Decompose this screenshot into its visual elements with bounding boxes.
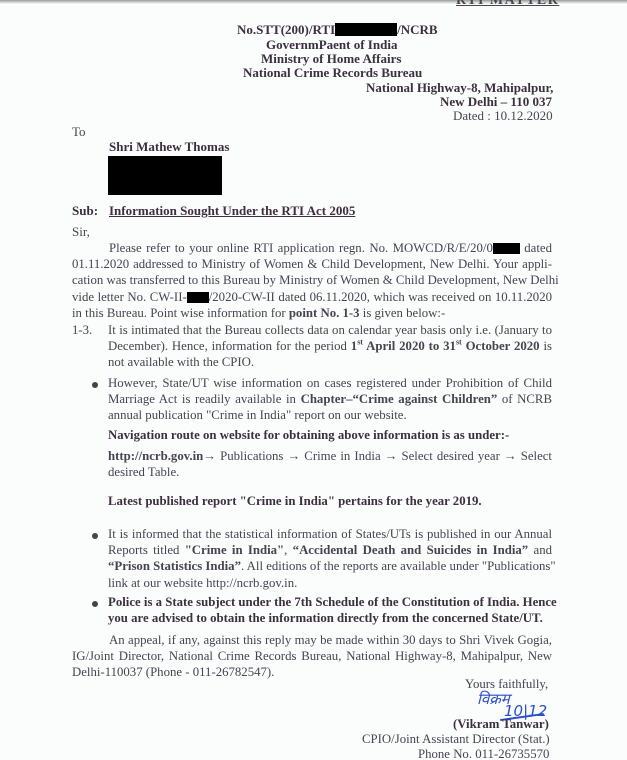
letter-date: Dated : 10.12.2020 [453,108,553,124]
redaction-block [187,292,209,303]
intro-line-4: vide letter No. CW-II-/2020-CW-II dated … [72,289,552,305]
salutation: Sir, [72,224,90,240]
subject-label: Sub: [72,203,98,219]
org-bureau: National Crime Records Bureau [243,65,422,81]
navigation-heading: Navigation route on website for obtainin… [108,427,509,443]
redaction-block [493,243,520,254]
intro-line-1: Please refer to your online RTI applicat… [72,240,552,256]
bullet-icon [92,382,98,388]
reference-number: No.STT(200)/RTI/NCRB [237,22,438,38]
bullet-icon [92,533,98,539]
recipient-name: Shri Mathew Thomas [109,139,229,155]
bullet-2-paragraph: It is informed that the statistical info… [108,526,552,591]
signatory-designation: CPIO/Joint Assistant Director (Stat.) [362,731,550,747]
to-label: To [72,124,86,140]
bullet-icon [92,601,98,607]
reference-suffix: /NCRB [397,22,437,37]
ncrb-link[interactable]: http://ncrb.gov.in [108,449,203,463]
bullet-1-paragraph: However, State/UT wise information on ca… [108,375,552,424]
redacted-address [108,156,222,195]
signatory-phone: Phone No. 011-26735570 [418,746,549,760]
latest-report-note: Latest published report "Crime in India"… [108,493,482,509]
intro-paragraph: Please refer to your online RTI applicat… [72,240,552,321]
intro-line-5: in this Bureau. Point wise information f… [72,305,552,321]
point-number: 1-3. [72,322,92,338]
bullet-3-paragraph: Police is a State subject under the 7th … [108,594,552,626]
appeal-paragraph: An appeal, if any, against this reply ma… [72,632,552,681]
intro-line-2: 01.11.2020 addressed to Ministry of Wome… [72,256,552,272]
reference-prefix: No.STT(200)/RTI [237,22,335,37]
navigation-route: http://ncrb.gov.in→ Publications → Crime… [108,448,552,480]
point-paragraph: It is intimated that the Bureau collects… [108,322,552,371]
intro-line-3: cation was transferred to this Bureau by… [72,272,552,288]
signatory-name: (Vikram Tanwar) [453,716,549,732]
subject-text: Information Sought Under the RTI Act 200… [109,203,355,219]
redaction-block [335,23,397,36]
rti-matter-marking: RTI MATTER [456,0,559,9]
